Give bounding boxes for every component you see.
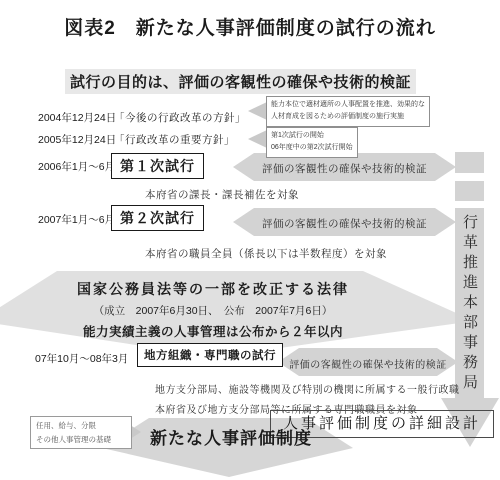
basis-line2: その他人事管理の基礎 bbox=[36, 433, 126, 447]
callout-purpose-box: 能力本位で適材適所の人事配置を推進、効果的な 人材育成を図るための評価制度の施行… bbox=[266, 96, 430, 127]
event-label-2004: 「今後の行政改革の方針」 bbox=[114, 110, 246, 125]
phase2-target1: 地方支分部局、施設等機関及び特別の機関に所属する一般行政職 bbox=[155, 381, 460, 396]
arrow2-label: 評価の客観性の確保や技術的検証 bbox=[233, 216, 456, 231]
secretariat-vertical-label: 行革推進本部事務局 bbox=[459, 214, 480, 399]
event-label-2005: 「行政改革の重要方針」 bbox=[114, 132, 235, 147]
figure-title: 図表2 新たな人事評価制度の試行の流れ bbox=[0, 13, 500, 40]
phase2-date: 07年10月～08年3月 bbox=[35, 351, 128, 366]
trial2-box: 第２次試行 bbox=[111, 205, 204, 231]
callout-pointer-2-icon bbox=[248, 130, 267, 148]
callout-pointer-1-icon bbox=[248, 102, 267, 120]
basis-line1: 任用、給与、分限 bbox=[36, 419, 126, 433]
event-date-2004: 2004年12月24日 bbox=[38, 110, 116, 125]
phase2-trial-box: 地方組織・専門職の試行 bbox=[137, 343, 283, 367]
new-system-label: 新たな人事評価制度 bbox=[150, 424, 312, 449]
law-title: 国家公務員法等の一部を改正する法律 bbox=[23, 279, 403, 299]
law-note: 能力実績主義の人事管理は公布から２年以内 bbox=[23, 322, 403, 340]
law-detail: （成立 2007年6月30日、 公布 2007年7月6日） bbox=[23, 303, 403, 318]
trial1-date: 2006年1月～6月 bbox=[38, 159, 115, 174]
arrow3-label: 評価の客観性の確保や技術的検証 bbox=[288, 356, 448, 371]
callout-start-line1: 第1次試行の開始 bbox=[271, 130, 353, 142]
trial2-date: 2007年1月～6月 bbox=[38, 212, 115, 227]
callout-purpose-line2: 人材育成を図るための評価制度の施行実施 bbox=[271, 111, 425, 123]
trial2-target: 本府省の職員全員（係長以下は半数程度）を対象 bbox=[145, 246, 387, 261]
vertical-arrow-dash-2 bbox=[455, 181, 484, 201]
vertical-arrow-dash-1 bbox=[455, 152, 484, 173]
event-date-2005: 2005年12月24日 bbox=[38, 132, 116, 147]
callout-purpose-line1: 能力本位で適材適所の人事配置を推進、効果的な bbox=[271, 99, 425, 111]
basis-box: 任用、給与、分限 その他人事管理の基礎 bbox=[30, 416, 132, 449]
figure-subtitle: 試行の目的は、評価の客観性の確保や技術的検証 bbox=[65, 69, 416, 94]
trial1-box: 第１次試行 bbox=[111, 153, 204, 179]
diagram-canvas: 図表2 新たな人事評価制度の試行の流れ 試行の目的は、評価の客観性の確保や技術的… bbox=[0, 0, 500, 480]
arrow1-label: 評価の客観性の確保や技術的検証 bbox=[233, 161, 456, 176]
callout-start-line2: 06年度中の第2次試行開始 bbox=[271, 142, 353, 154]
callout-start-box: 第1次試行の開始 06年度中の第2次試行開始 bbox=[266, 127, 358, 158]
trial1-target: 本府省の課長・課長補佐を対象 bbox=[145, 187, 299, 202]
